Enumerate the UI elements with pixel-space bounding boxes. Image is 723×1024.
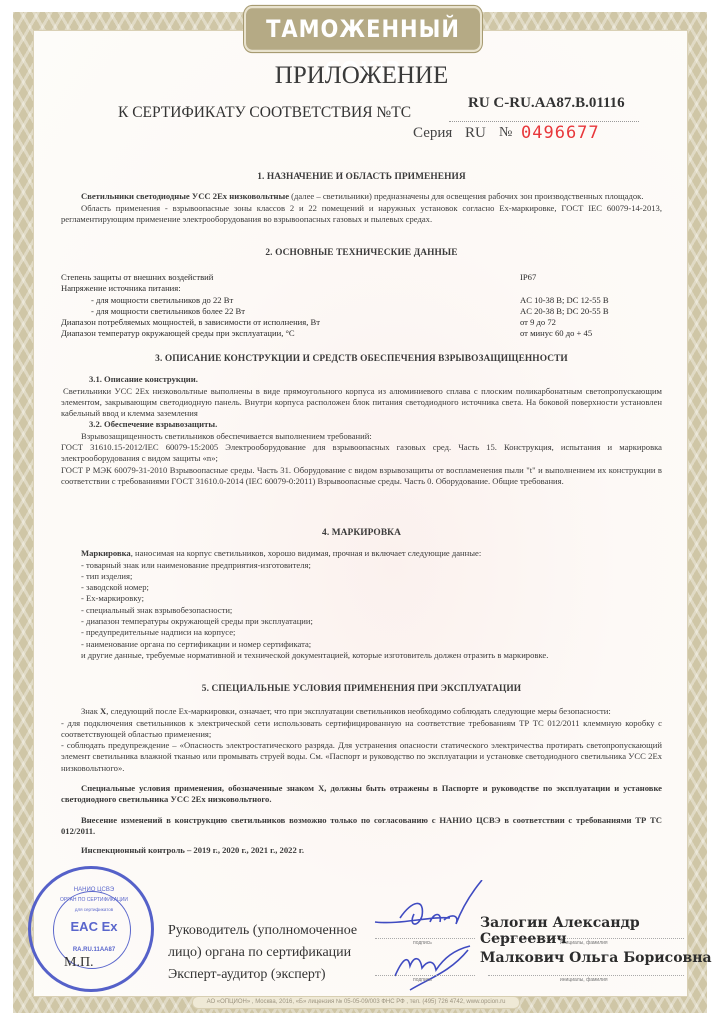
- spec-row: Диапазон температур окружающей среды при…: [61, 328, 662, 339]
- inspection-control: Инспекционный контроль – 2019 г., 2020 г…: [61, 845, 662, 856]
- spec-value: IP67: [520, 272, 536, 283]
- expert-name-line: [488, 975, 684, 976]
- certificate-underline: [449, 121, 639, 122]
- subsection-3-1-text: Светильники УСС 2Ех низковольтные выполн…: [61, 386, 662, 420]
- spec-value: от минус 60 до + 45: [520, 328, 592, 339]
- expert-signature-caption: подпись: [413, 977, 432, 983]
- head-label-line-1: Руководитель (уполномоченное: [168, 920, 357, 942]
- section-2-heading-wrap: 2. ОСНОВНЫЕ ТЕХНИЧЕСКИЕ ДАННЫЕ: [61, 248, 662, 259]
- special-conditions-note: Специальные условия применения, обозначе…: [61, 783, 662, 806]
- printer-imprint: АО «ОПЦИОН» , Москва, 2016, «Б» лицензия…: [192, 996, 520, 1009]
- spec-label: Диапазон потребляемых мощностей, в завис…: [61, 317, 520, 328]
- spec-row: Диапазон потребляемых мощностей, в завис…: [61, 317, 662, 328]
- section-1-paragraph-2: Область применения - взрывоопасные зоны …: [61, 203, 662, 226]
- subsection-3-2-heading: 3.2. Обеспечение взрывозащиты.: [61, 419, 662, 430]
- list-item: - специальный знак взрывобезопасности;: [81, 605, 662, 616]
- list-item: - предупредительные надписи на корпусе;: [81, 627, 662, 638]
- head-label-line-2: лицо) органа по сертификации: [168, 942, 351, 964]
- marking-list: - товарный знак или наименование предпри…: [61, 560, 662, 662]
- subsection-3-2-standard-1: ГОСТ 31610.15-2012/IEC 60079-15:2005 Эле…: [61, 442, 662, 465]
- head-name: Залогин Александр Сергеевич: [480, 915, 723, 947]
- marking-intro: Маркировка, наносимая на корпус светильн…: [61, 548, 662, 559]
- marking-intro-text: , наносимая на корпус светильников, хоро…: [131, 548, 482, 558]
- expert-signature-line: [375, 975, 475, 976]
- spec-label: Степень защиты от внешних воздействий: [61, 272, 520, 283]
- section-4-heading: 4. МАРКИРОВКА: [61, 528, 662, 539]
- subsection-3-2-intro: Взрывозащищенность светильников обеспечи…: [61, 431, 662, 442]
- marking-outro: и другие данные, требуемые нормативной и…: [81, 650, 662, 661]
- page-title: ПРИЛОЖЕНИЕ: [0, 62, 723, 90]
- seal-for-certs: для сертификатов: [61, 907, 127, 912]
- seal-registration: RA.RU.11AA87: [59, 947, 129, 953]
- spec-row: - для мощности светильников более 22 ВтA…: [61, 306, 662, 317]
- series-label: Серия: [413, 125, 452, 142]
- section-2-heading: 2. ОСНОВНЫЕ ТЕХНИЧЕСКИЕ ДАННЫЕ: [61, 248, 662, 259]
- number-sign: №: [499, 125, 512, 141]
- expert-name: Малкович Ольга Борисовна: [480, 950, 712, 966]
- marking-intro-bold: Маркировка: [81, 548, 131, 558]
- expert-label: Эксперт-аудитор (эксперт): [168, 964, 326, 986]
- subsection-3-1-heading: 3.1. Описание конструкции.: [61, 374, 662, 385]
- technical-data-table: Степень защиты от внешних воздействийIP6…: [61, 272, 662, 340]
- safety-bullet-1: - для подключения светильников к электри…: [61, 718, 662, 741]
- list-item: - Ех-маркировку;: [81, 593, 662, 604]
- section-1-paragraph-1-text: (далее – светильники) предназначены для …: [289, 191, 643, 201]
- x-sign-text-b: , следующий после Ех-маркировки, означае…: [106, 706, 611, 716]
- design-changes-note: Внесение изменений в конструкцию светиль…: [61, 815, 662, 838]
- serial-number: 0496677: [521, 123, 600, 143]
- section-4: 4. МАРКИРОВКА Маркировка, наносимая на к…: [61, 528, 662, 661]
- list-item: - диапазон температуры окружающей среды …: [81, 616, 662, 627]
- spec-label: Диапазон температур окружающей среды при…: [61, 328, 520, 339]
- spec-value: AC 20-38 В; DC 20-55 В: [520, 306, 609, 317]
- section-3-heading: 3. ОПИСАНИЕ КОНСТРУКЦИИ И СРЕДСТВ ОБЕСПЕ…: [61, 354, 662, 365]
- expert-initials-caption: инициалы, фамилия: [560, 977, 608, 983]
- spec-label: - для мощности светильников до 22 Вт: [61, 295, 520, 306]
- section-1-heading: 1. НАЗНАЧЕНИЕ И ОБЛАСТЬ ПРИМЕНЕНИЯ: [61, 172, 662, 183]
- list-item: - наименование органа по сертификации и …: [81, 639, 662, 650]
- spec-value: AC 10-38 В; DC 12-55 В: [520, 295, 609, 306]
- list-item: - тип изделия;: [81, 571, 662, 582]
- spec-row: Напряжение источника питания:: [61, 283, 662, 294]
- section-1-paragraph-1: Светильники светодиодные УСС 2Ех низково…: [61, 191, 662, 202]
- subsection-3-2-standard-2: ГОСТ Р МЭК 60079-31-2010 Взрывоопасные с…: [61, 465, 662, 488]
- customs-union-badge: ТАМОЖЕННЫЙ СОЮЗ: [244, 6, 482, 52]
- section-3: 3. ОПИСАНИЕ КОНСТРУКЦИИ И СРЕДСТВ ОБЕСПЕ…: [61, 354, 662, 487]
- series-value: RU: [465, 125, 486, 142]
- list-item: - заводской номер;: [81, 582, 662, 593]
- seal-place-label: М.П.: [64, 955, 94, 971]
- eac-ex-mark-icon: EAC Ex: [61, 919, 127, 934]
- seal-org: НАНИО ЦСВЭ: [61, 887, 127, 893]
- x-sign-paragraph: Знак Х, следующий после Ех-маркировки, о…: [61, 706, 662, 717]
- spec-label: - для мощности светильников более 22 Вт: [61, 306, 520, 317]
- safety-bullet-2: - соблюдать предупреждение – «Опасность …: [61, 740, 662, 774]
- head-signature-caption: подпись: [413, 940, 432, 946]
- section-1: 1. НАЗНАЧЕНИЕ И ОБЛАСТЬ ПРИМЕНЕНИЯ Свети…: [61, 172, 662, 225]
- section-5-heading: 5. СПЕЦИАЛЬНЫЕ УСЛОВИЯ ПРИМЕНЕНИЯ ПРИ ЭК…: [61, 684, 662, 695]
- x-sign-text-a: Знак: [81, 706, 100, 716]
- spec-label: Напряжение источника питания:: [61, 283, 520, 294]
- certificate-label: К СЕРТИФИКАТУ СООТВЕТСТВИЯ №ТС: [118, 104, 411, 122]
- certificate-number: RU C-RU.AA87.B.01116: [468, 95, 625, 112]
- seal-body: ОРГАН ПО СЕРТИФИКАЦИИ: [51, 897, 137, 903]
- product-name: Светильники светодиодные УСС 2Ех низково…: [81, 191, 289, 201]
- spec-row: - для мощности светильников до 22 ВтAC 1…: [61, 295, 662, 306]
- head-signature-line: [375, 938, 475, 939]
- certification-seal: НАНИО ЦСВЭ ОРГАН ПО СЕРТИФИКАЦИИ для сер…: [28, 866, 154, 992]
- spec-row: Степень защиты от внешних воздействийIP6…: [61, 272, 662, 283]
- spec-value: от 9 до 72: [520, 317, 556, 328]
- section-5: 5. СПЕЦИАЛЬНЫЕ УСЛОВИЯ ПРИМЕНЕНИЯ ПРИ ЭК…: [61, 684, 662, 857]
- list-item: - товарный знак или наименование предпри…: [81, 560, 662, 571]
